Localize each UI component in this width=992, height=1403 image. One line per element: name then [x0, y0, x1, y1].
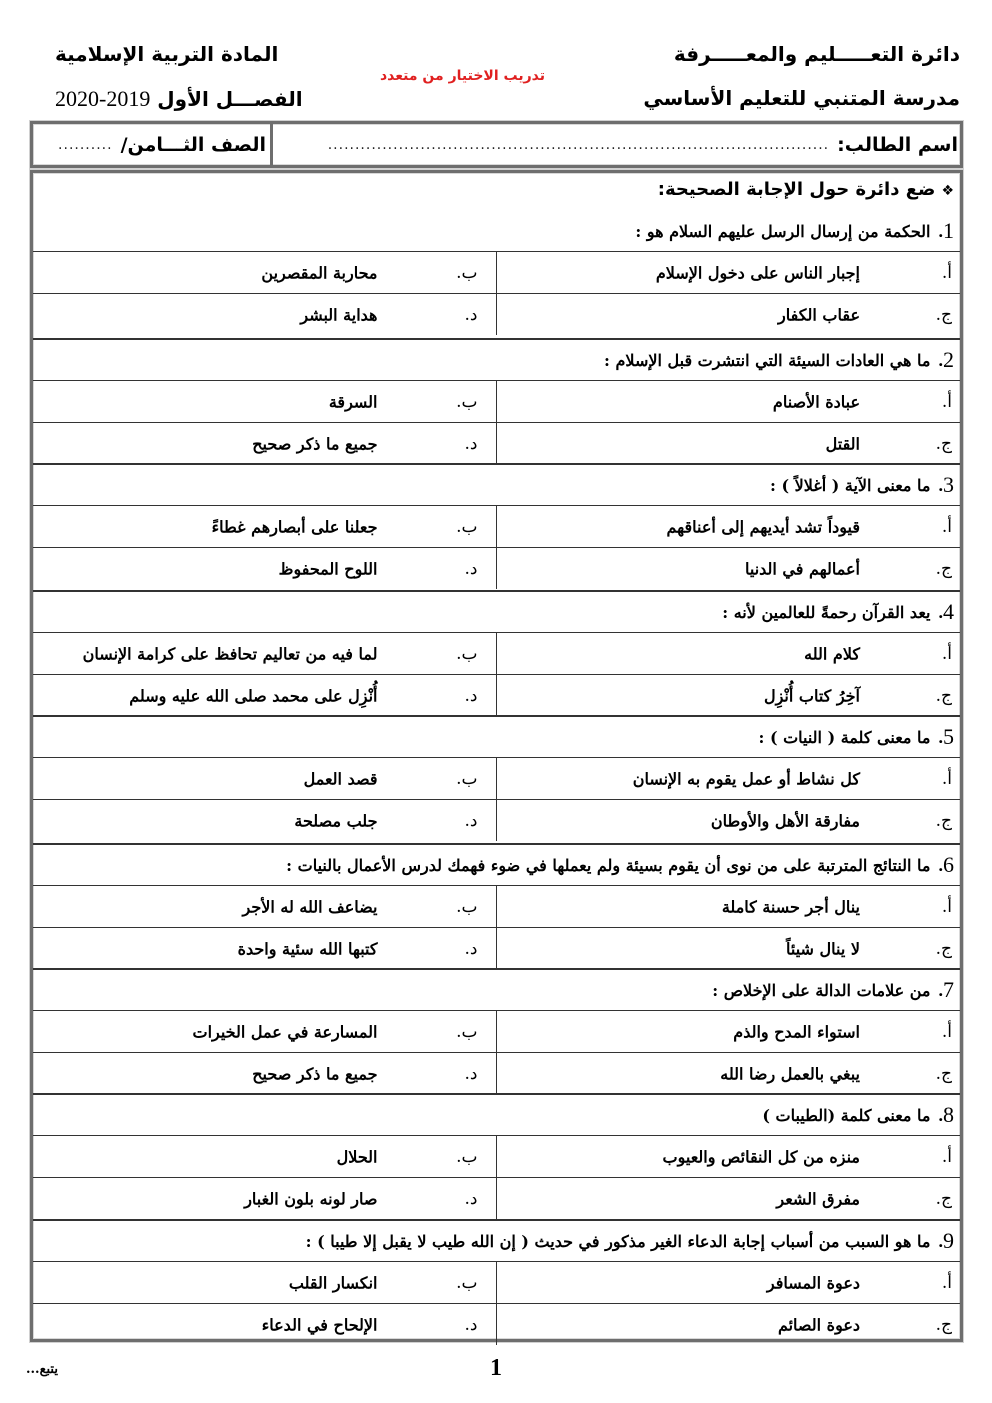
question-number-dot: .: [939, 602, 944, 623]
option-row: أ.كل نشاط أو عمل يقوم به الإنسانب.قصد ال…: [33, 757, 960, 799]
option-text: عقاب الكفار: [778, 305, 860, 324]
option-letter: ب.: [456, 769, 477, 789]
option-1[interactable]: ب.انكسار القلب: [33, 1262, 497, 1303]
option-letter: د.: [465, 434, 478, 454]
option-text: يضاعف الله له الأجر: [243, 897, 378, 916]
option-letter: ج.: [936, 559, 952, 579]
question-number: 7: [943, 977, 954, 1003]
question-text: ما هي العادات السيئة التي انتشرت قبل الإ…: [604, 351, 930, 370]
option-text: دعوة الصائم: [778, 1315, 860, 1334]
option-text: إجبار الناس على دخول الإسلام: [656, 263, 860, 282]
option-text: آخِرُ كتاب أُنْزِل: [764, 686, 860, 705]
question-6: 6.ما النتائج المترتبة على من نوى أن يقوم…: [33, 843, 960, 969]
option-row: أ.منزه من كل النقائص والعيوبب.الحلال: [33, 1135, 960, 1177]
student-info-bar: اسم الطالب: ............................…: [30, 121, 963, 168]
option-0[interactable]: أ.استواء المدح والذم: [497, 1011, 961, 1052]
option-text: أعمالهم في الدنيا: [745, 559, 860, 578]
grade-field[interactable]: الصف الثـــامن/ ..........: [33, 124, 273, 165]
question-9: 9.ما هو السبب من أسباب إجابة الدعاء الغي…: [33, 1219, 960, 1345]
option-text: مفارقة الأهل والأوطان: [711, 811, 860, 830]
option-2[interactable]: ج.مفرق الشعر: [497, 1178, 961, 1219]
option-text: جعلنا على أبصارهم غطاءً: [212, 517, 378, 536]
option-text: الإلحاح في الدعاء: [262, 1315, 378, 1334]
option-row: ج.آخِرُ كتاب أُنْزِلد.أُنْزِل على محمد ص…: [33, 674, 960, 716]
question-text: ما هو السبب من أسباب إجابة الدعاء الغير …: [306, 1232, 931, 1251]
option-row: أ.كلام اللهب.لما فيه من تعاليم تحافظ على…: [33, 632, 960, 674]
option-text: كل نشاط أو عمل يقوم به الإنسان: [633, 769, 860, 788]
option-3[interactable]: د.جلب مصلحة: [33, 800, 497, 841]
option-text: استواء المدح والذم: [733, 1022, 860, 1041]
option-row: ج.مفارقة الأهل والأوطاند.جلب مصلحة: [33, 799, 960, 841]
question-8: 8.ما معنى كلمة (الطيبات )أ.منزه من كل ال…: [33, 1093, 960, 1219]
option-text: كلام الله: [804, 644, 860, 663]
question-number-dot: .: [939, 475, 944, 496]
option-letter: د.: [465, 305, 478, 325]
question-text: يعد القرآن رحمةً للعالمين لأنه :: [722, 603, 930, 622]
option-2[interactable]: ج.أعمالهم في الدنيا: [497, 548, 961, 589]
question-text: ما معنى كلمة ( النيات ) :: [758, 728, 930, 747]
option-0[interactable]: أ.إجبار الناس على دخول الإسلام: [497, 252, 961, 293]
option-letter: أ.: [942, 1147, 952, 1167]
option-3[interactable]: د.الإلحاح في الدعاء: [33, 1304, 497, 1345]
option-text: المسارعة في عمل الخيرات: [193, 1022, 378, 1041]
option-1[interactable]: ب.جعلنا على أبصارهم غطاءً: [33, 506, 497, 547]
option-text: انكسار القلب: [289, 1273, 378, 1292]
option-letter: د.: [465, 811, 478, 831]
academic-year: 2019-2020: [55, 86, 150, 111]
option-letter: ب.: [456, 1022, 477, 1042]
option-letter: د.: [465, 939, 478, 959]
option-text: محاربة المقصرين: [261, 263, 377, 282]
option-row: ج.يبغي بالعمل رضا اللهد.جميع ما ذكر صحيح: [33, 1052, 960, 1094]
option-text: دعوة المسافر: [767, 1273, 860, 1292]
option-2[interactable]: ج.يبغي بالعمل رضا الله: [497, 1053, 961, 1094]
school-name: مدرسة المتنبي للتعليم الأساسي: [643, 86, 960, 110]
option-3[interactable]: د.كتبها الله سئية واحدة: [33, 928, 497, 969]
question-number: 8: [943, 1102, 954, 1128]
option-text: هداية البشر: [300, 305, 377, 324]
option-text: السرقة: [329, 392, 378, 411]
question-3: 3.ما معنى الآية ( أغلالاً ) :أ.قيوداً تش…: [33, 463, 960, 589]
option-1[interactable]: ب.السرقة: [33, 381, 497, 422]
option-2[interactable]: ج.مفارقة الأهل والأوطان: [497, 800, 961, 841]
semester-label: الفصـــل الأول: [157, 87, 302, 111]
question-number: 1: [943, 218, 954, 244]
question-stem: 4.يعد القرآن رحمةً للعالمين لأنه :: [33, 590, 960, 632]
option-2[interactable]: ج.عقاب الكفار: [497, 294, 961, 335]
question-stem: 3.ما معنى الآية ( أغلالاً ) :: [33, 463, 960, 505]
option-text: منزه من كل النقائص والعيوب: [663, 1147, 860, 1166]
option-text: لما فيه من تعاليم تحافظ على كرامة الإنسا…: [83, 644, 378, 663]
option-letter: ب.: [456, 392, 477, 412]
student-name-blank[interactable]: ........................................…: [328, 137, 829, 153]
option-3[interactable]: د.صار لونه بلون الغبار: [33, 1178, 497, 1219]
option-text: الحلال: [337, 1147, 378, 1166]
question-stem: 6.ما النتائج المترتبة على من نوى أن يقوم…: [33, 843, 960, 885]
option-0[interactable]: أ.كلام الله: [497, 633, 961, 674]
option-letter: ج.: [936, 1064, 952, 1084]
option-0[interactable]: أ.دعوة المسافر: [497, 1262, 961, 1303]
option-letter: ب.: [456, 897, 477, 917]
option-2[interactable]: ج.آخِرُ كتاب أُنْزِل: [497, 675, 961, 716]
option-text: أُنْزِل على محمد صلى الله عليه وسلم: [129, 686, 377, 705]
option-letter: ب.: [456, 1147, 477, 1167]
grade-blank[interactable]: ..........: [58, 137, 113, 153]
option-2[interactable]: ج.دعوة الصائم: [497, 1304, 961, 1345]
question-1: 1.الحكمة من إرسال الرسل عليهم السلام هو …: [33, 211, 960, 335]
option-2[interactable]: ج.القتل: [497, 423, 961, 464]
question-text: ما معنى الآية ( أغلالاً ) :: [770, 476, 930, 495]
question-number: 2: [943, 347, 954, 373]
option-row: ج.دعوة الصائمد.الإلحاح في الدعاء: [33, 1303, 960, 1345]
option-row: ج.لا ينال شيئاًد.كتبها الله سئية واحدة: [33, 927, 960, 969]
option-text: جميع ما ذكر صحيح: [252, 434, 377, 453]
option-letter: أ.: [942, 897, 952, 917]
question-number-dot: .: [939, 980, 944, 1001]
option-0[interactable]: أ.ينال أجر حسنة كاملة: [497, 886, 961, 927]
option-text: اللوح المحفوظ: [279, 559, 378, 578]
student-name-label: اسم الطالب:: [837, 134, 958, 156]
option-row: أ.ينال أجر حسنة كاملةب.يضاعف الله له الأ…: [33, 885, 960, 927]
option-letter: ب.: [456, 644, 477, 664]
option-1[interactable]: ب.قصد العمل: [33, 758, 497, 799]
option-3[interactable]: د.جميع ما ذكر صحيح: [33, 1053, 497, 1094]
question-number: 5: [943, 724, 954, 750]
question-2: 2.ما هي العادات السيئة التي انتشرت قبل ا…: [33, 338, 960, 464]
questions-box: ❖ضع دائرة حول الإجابة الصحيحة: 1.الحكمة …: [30, 170, 963, 1342]
option-text: جميع ما ذكر صحيح: [252, 1064, 377, 1083]
question-number-dot: .: [939, 1231, 944, 1252]
student-name-field[interactable]: اسم الطالب: ............................…: [273, 124, 960, 165]
grade-label: الصف الثـــامن/: [121, 134, 266, 156]
question-number-dot: .: [939, 1105, 944, 1126]
option-text: قصد العمل: [304, 769, 378, 788]
option-letter: ج.: [936, 811, 952, 831]
question-number: 4: [943, 599, 954, 625]
option-1[interactable]: ب.محاربة المقصرين: [33, 252, 497, 293]
option-letter: ب.: [456, 263, 477, 283]
question-stem: 5.ما معنى كلمة ( النيات ) :: [33, 715, 960, 757]
option-letter: أ.: [942, 644, 952, 664]
option-letter: ب.: [456, 517, 477, 537]
option-text: جلب مصلحة: [294, 811, 377, 830]
option-0[interactable]: أ.منزه من كل النقائص والعيوب: [497, 1136, 961, 1177]
option-letter: ج.: [936, 1189, 952, 1209]
option-row: أ.دعوة المسافرب.انكسار القلب: [33, 1261, 960, 1303]
option-0[interactable]: أ.عبادة الأصنام: [497, 381, 961, 422]
option-1[interactable]: ب.لما فيه من تعاليم تحافظ على كرامة الإن…: [33, 633, 497, 674]
question-text: ما النتائج المترتبة على من نوى أن يقوم ب…: [286, 856, 930, 875]
directorate-title: دائرة التعـــــليم والمعـــــرفة: [674, 42, 960, 66]
option-row: أ.قيوداً تشد أيديهم إلى أعناقهمب.جعلنا ع…: [33, 505, 960, 547]
instruction: ❖ضع دائرة حول الإجابة الصحيحة:: [658, 179, 954, 200]
option-row: أ.عبادة الأصنامب.السرقة: [33, 380, 960, 422]
question-number: 9: [943, 1228, 954, 1254]
option-text: كتبها الله سئية واحدة: [238, 939, 378, 958]
diamond-bullet-icon: ❖: [941, 183, 954, 199]
option-letter: د.: [465, 1189, 478, 1209]
option-letter: أ.: [942, 1022, 952, 1042]
option-letter: د.: [465, 686, 478, 706]
instruction-text: ضع دائرة حول الإجابة الصحيحة:: [658, 179, 936, 200]
option-3[interactable]: د.هداية البشر: [33, 294, 497, 335]
question-5: 5.ما معنى كلمة ( النيات ) :أ.كل نشاط أو …: [33, 715, 960, 841]
question-stem: 8.ما معنى كلمة (الطيبات ): [33, 1093, 960, 1135]
semester-line: الفصـــل الأول 2019-2020: [55, 86, 303, 112]
option-1[interactable]: ب.يضاعف الله له الأجر: [33, 886, 497, 927]
question-stem: 2.ما هي العادات السيئة التي انتشرت قبل ا…: [33, 338, 960, 380]
option-0[interactable]: أ.كل نشاط أو عمل يقوم به الإنسان: [497, 758, 961, 799]
page-number: 1: [490, 1355, 502, 1382]
option-row: ج.عقاب الكفارد.هداية البشر: [33, 293, 960, 335]
option-text: لا ينال شيئاً: [786, 939, 860, 958]
question-number: 6: [943, 852, 954, 878]
option-letter: أ.: [942, 263, 952, 283]
option-letter: أ.: [942, 769, 952, 789]
question-stem: 7.من علامات الدالة على الإخلاص :: [33, 968, 960, 1010]
option-row: ج.القتلد.جميع ما ذكر صحيح: [33, 422, 960, 464]
question-number-dot: .: [939, 855, 944, 876]
option-letter: ج.: [936, 305, 952, 325]
option-row: أ.إجبار الناس على دخول الإسلامب.محاربة ا…: [33, 251, 960, 293]
option-text: القتل: [826, 434, 860, 453]
continue-label: يتبع...: [26, 1362, 58, 1377]
option-text: صار لونه بلون الغبار: [244, 1189, 377, 1208]
question-stem: 1.الحكمة من إرسال الرسل عليهم السلام هو …: [33, 211, 960, 251]
option-letter: د.: [465, 559, 478, 579]
option-letter: ج.: [936, 686, 952, 706]
question-text: من علامات الدالة على الإخلاص :: [712, 981, 930, 1000]
option-3[interactable]: د.اللوح المحفوظ: [33, 548, 497, 589]
option-letter: ج.: [936, 939, 952, 959]
option-3[interactable]: د.جميع ما ذكر صحيح: [33, 423, 497, 464]
option-1[interactable]: ب.الحلال: [33, 1136, 497, 1177]
question-text: ما معنى كلمة (الطيبات ): [762, 1106, 930, 1125]
option-text: عبادة الأصنام: [773, 392, 860, 411]
option-row: ج.مفرق الشعرد.صار لونه بلون الغبار: [33, 1177, 960, 1219]
option-text: ينال أجر حسنة كاملة: [722, 897, 860, 916]
option-letter: ب.: [456, 1273, 477, 1293]
option-letter: د.: [465, 1064, 478, 1084]
option-1[interactable]: ب.المسارعة في عمل الخيرات: [33, 1011, 497, 1052]
question-7: 7.من علامات الدالة على الإخلاص :أ.استواء…: [33, 968, 960, 1094]
subject-title: المادة التربية الإسلامية: [55, 42, 278, 66]
option-text: مفرق الشعر: [776, 1189, 860, 1208]
worksheet-title: تدريب الاختيار من متعدد: [380, 68, 545, 84]
option-letter: ج.: [936, 434, 952, 454]
question-number: 3: [943, 472, 954, 498]
option-row: ج.أعمالهم في الدنياد.اللوح المحفوظ: [33, 547, 960, 589]
option-letter: د.: [465, 1315, 478, 1335]
option-0[interactable]: أ.قيوداً تشد أيديهم إلى أعناقهم: [497, 506, 961, 547]
question-4: 4.يعد القرآن رحمةً للعالمين لأنه :أ.كلام…: [33, 590, 960, 716]
question-number-dot: .: [939, 727, 944, 748]
option-row: أ.استواء المدح والذمب.المسارعة في عمل ال…: [33, 1010, 960, 1052]
question-number-dot: .: [939, 350, 944, 371]
option-letter: أ.: [942, 517, 952, 537]
option-3[interactable]: د.أُنْزِل على محمد صلى الله عليه وسلم: [33, 675, 497, 716]
option-letter: ج.: [936, 1315, 952, 1335]
option-letter: أ.: [942, 392, 952, 412]
question-text: الحكمة من إرسال الرسل عليهم السلام هو :: [635, 222, 930, 241]
question-stem: 9.ما هو السبب من أسباب إجابة الدعاء الغي…: [33, 1219, 960, 1261]
option-text: يبغي بالعمل رضا الله: [720, 1064, 860, 1083]
option-text: قيوداً تشد أيديهم إلى أعناقهم: [666, 517, 860, 536]
option-2[interactable]: ج.لا ينال شيئاً: [497, 928, 961, 969]
option-letter: أ.: [942, 1273, 952, 1293]
question-number-dot: .: [939, 221, 944, 242]
